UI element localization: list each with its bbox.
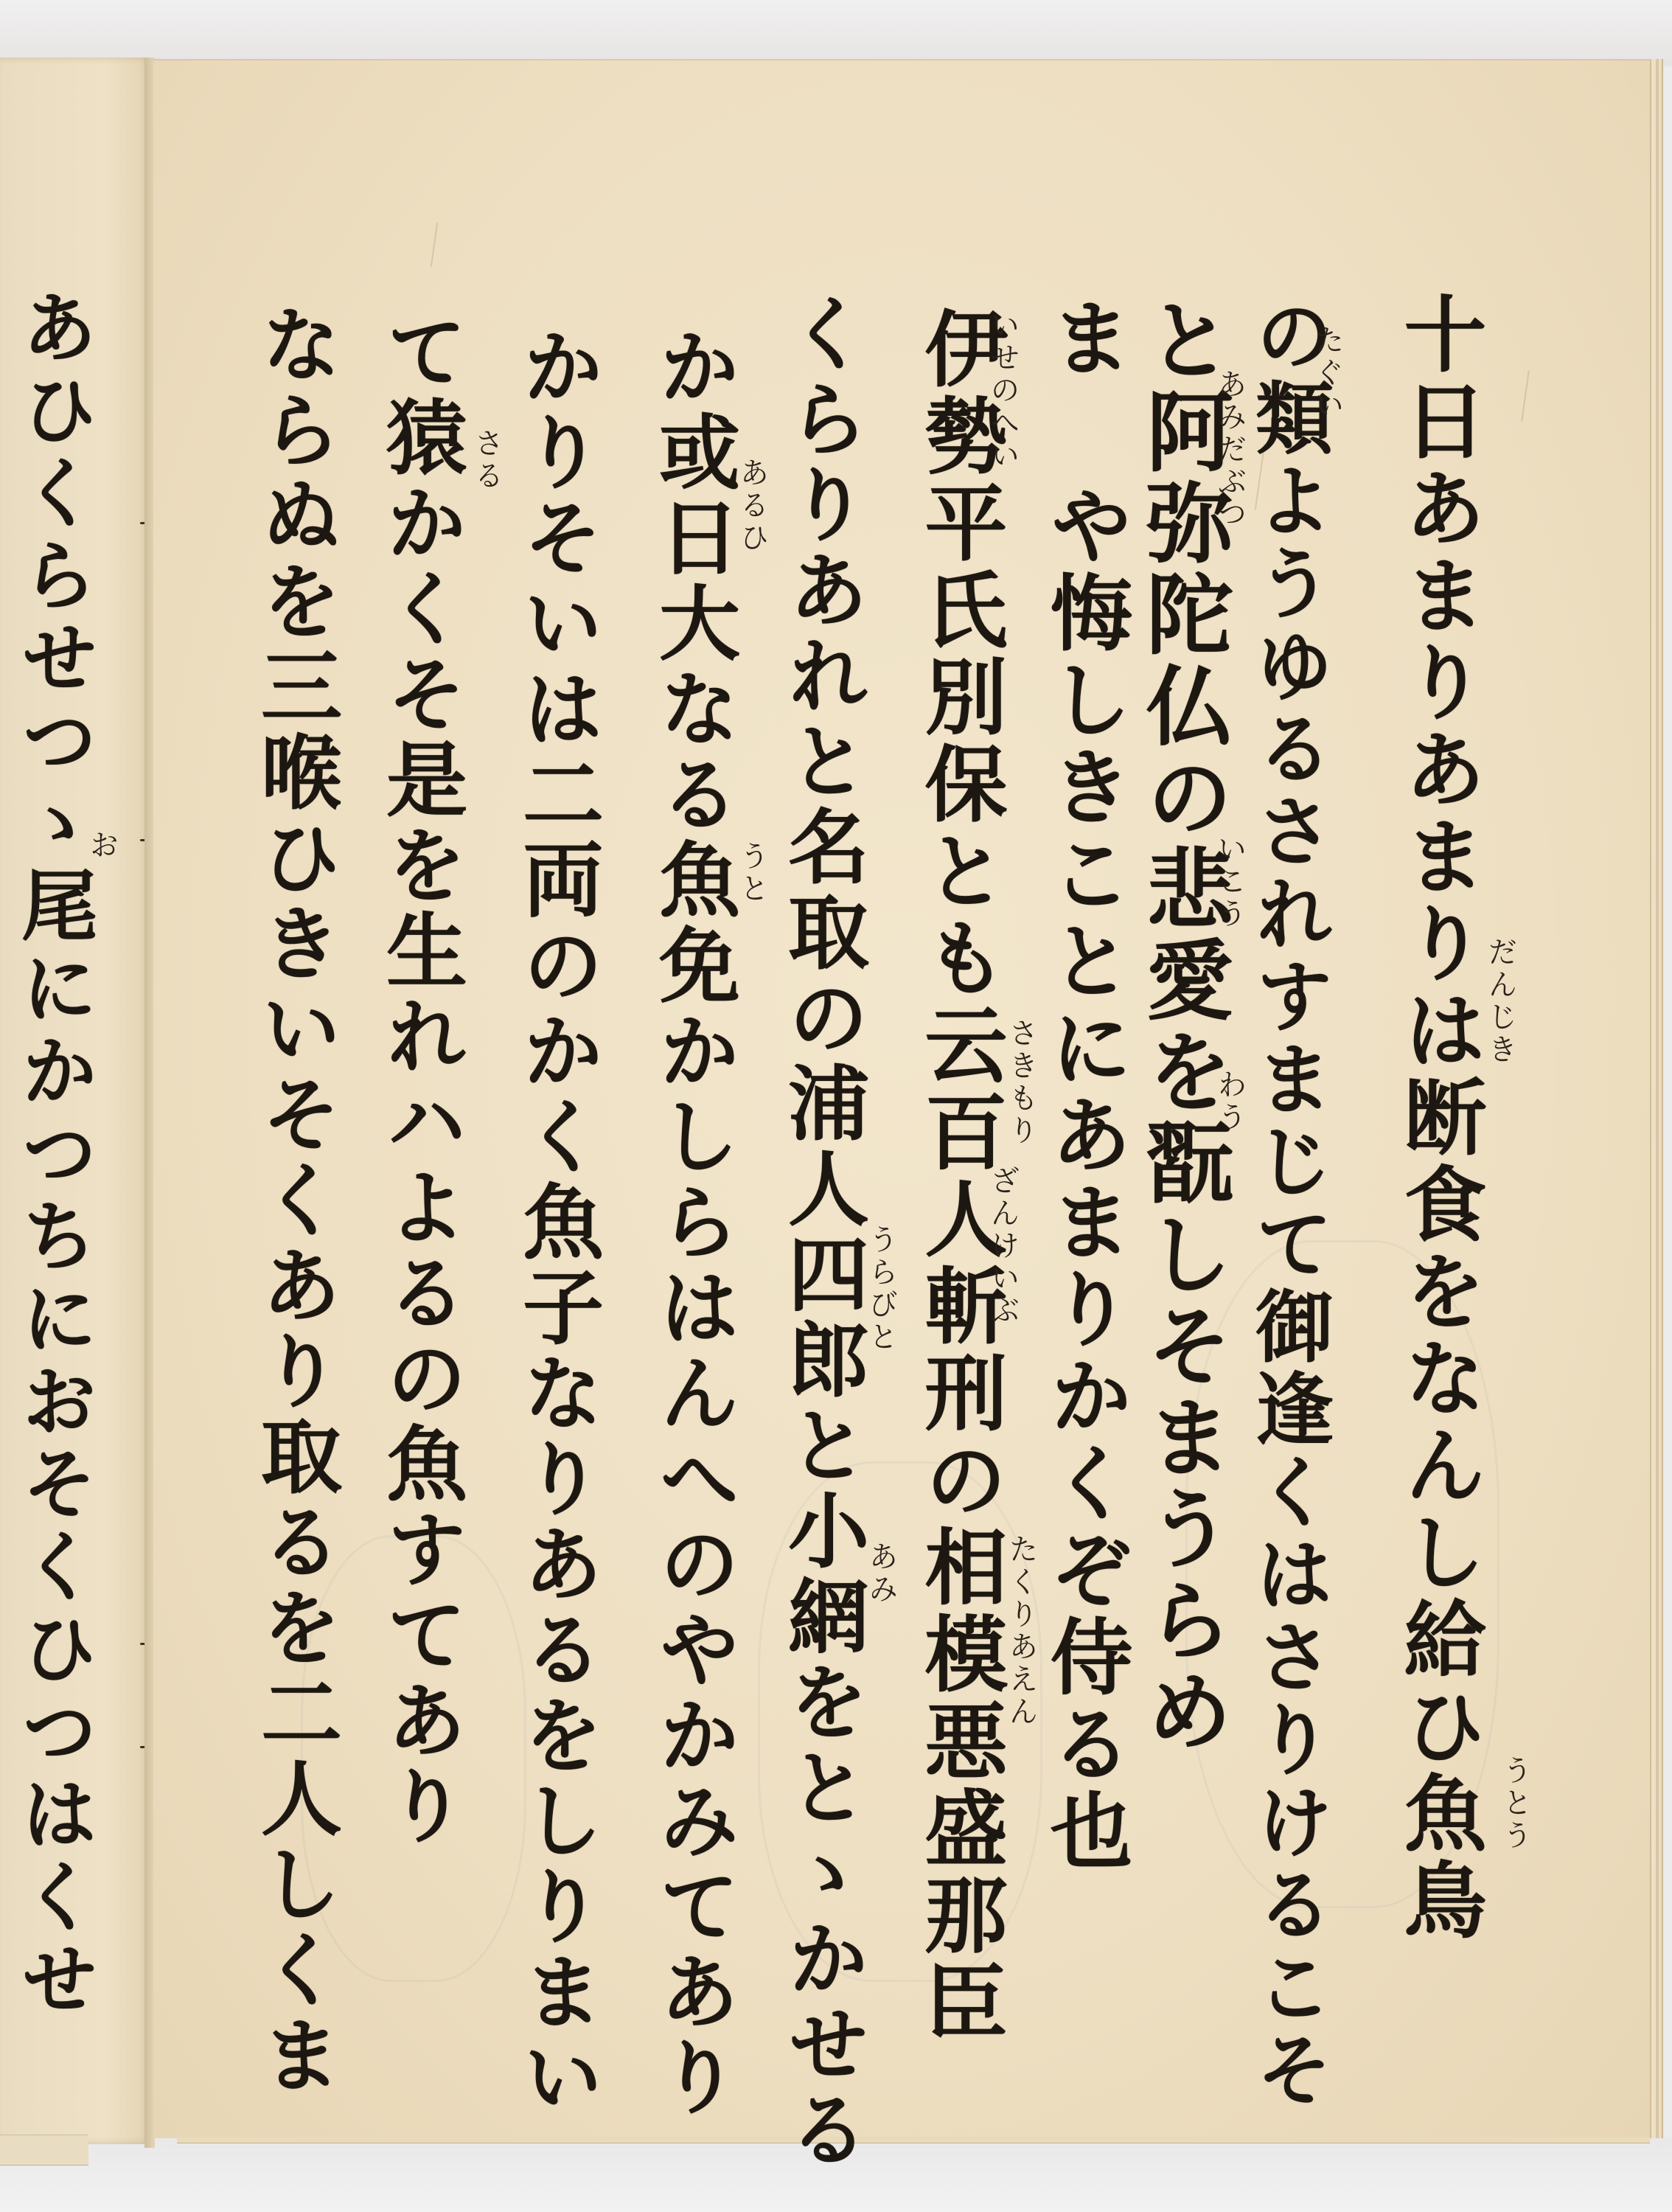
ruby-ami: あみ <box>866 1541 896 1606</box>
photo-backdrop-top <box>0 0 1672 66</box>
ruby-ikou: いこう <box>1215 833 1244 931</box>
text-column-4: ま や悔しきことにあまりかくぞ侍る也 <box>1043 295 1126 1875</box>
ruby-uto: うとう <box>1500 1755 1530 1852</box>
ruby-urabito: うらびと <box>866 1224 896 1354</box>
text-column-8: かりそいは二両のかく魚子なりあるをしりまい <box>516 324 597 2121</box>
text-column-9: て猿かくそ是を生れハよるの魚すてあり <box>380 310 461 1849</box>
ruby-danjiki: だんじき <box>1485 936 1515 1066</box>
text-column-6: くらりあれと名取の浦人四郎と小網をとゝかせる <box>781 291 863 2173</box>
ruby-zankeibu: ざんけいぶ <box>988 1165 1017 1327</box>
ruby-saru: さる <box>472 428 501 493</box>
text-column-10: ならぬを三喉ひきいそくあり取るを二人しくま <box>254 302 335 2098</box>
left-page-column-1: あひくらせつゝ尾にかつちにおそくひつはくせ <box>15 288 91 2022</box>
text-column-1: 十日あまりあまりは断食をなんし給ひ魚鳥 <box>1397 291 1480 1944</box>
right-page-bottom-edge <box>177 2137 1650 2143</box>
ruby-tagui: たぐい <box>1312 324 1342 422</box>
ruby-sakimori: さきもり <box>1006 1018 1036 1147</box>
ruby-amidabutsu: あみだぶつ <box>1215 369 1244 531</box>
ruby-aruhi: あるひ <box>737 457 767 554</box>
paper-fibre <box>431 223 438 267</box>
text-column-2: の類ようゆるされすまじて御逢くはさりけるこそ <box>1250 295 1328 2112</box>
ruby-takuriaen: たくりあえん <box>1006 1534 1036 1728</box>
left-page-edge <box>0 2135 88 2166</box>
text-column-7: か或日大なる魚免かしらはんへのやかみてあり <box>652 324 734 2121</box>
ruby-wau: わう <box>1215 1069 1244 1134</box>
left-page-ruby-o: お <box>87 829 116 862</box>
paper-fibre <box>1521 370 1530 422</box>
ruby-uto-2: うと <box>737 841 767 905</box>
ruby-isenohei: いせのへい <box>988 310 1017 472</box>
